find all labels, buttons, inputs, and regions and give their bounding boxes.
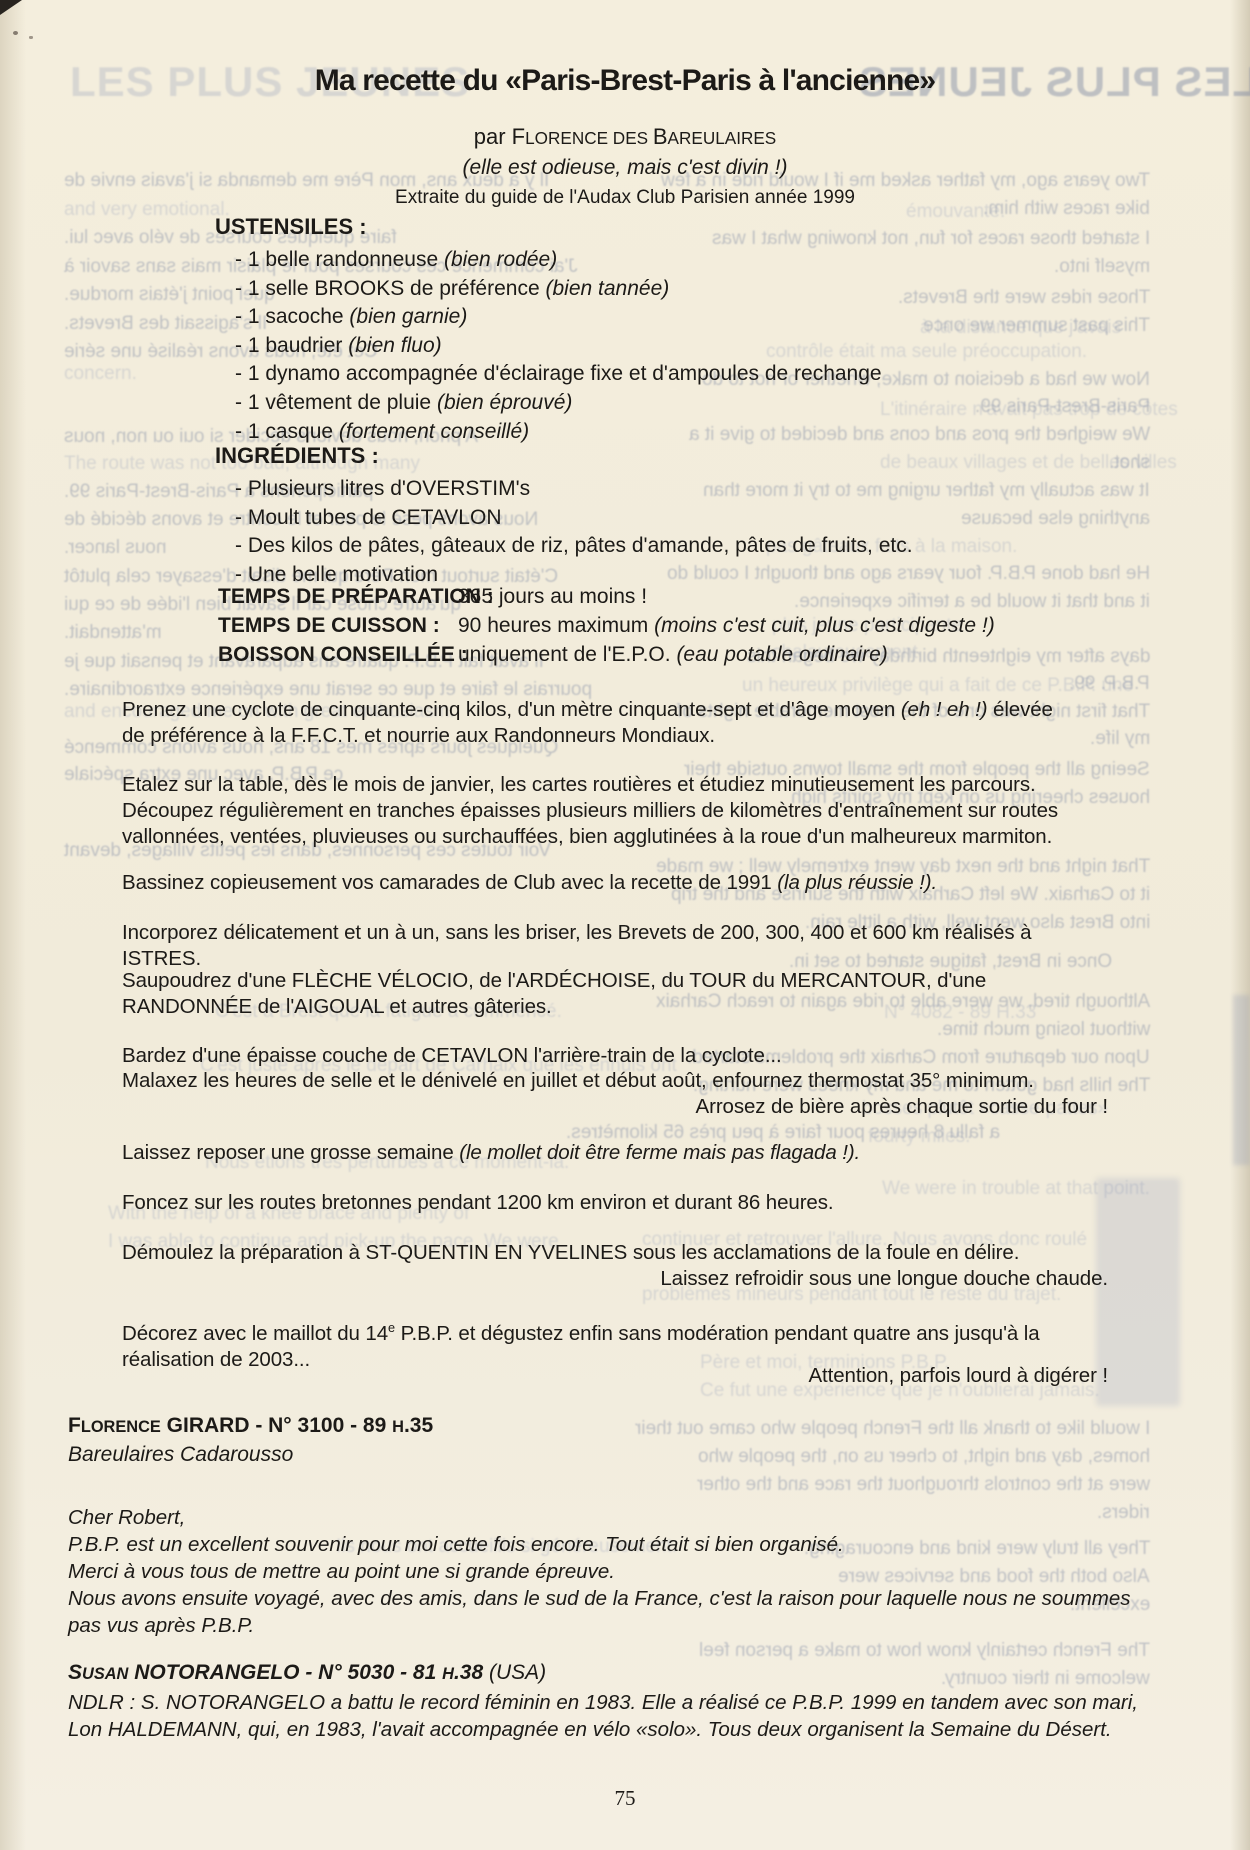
text-segment: (bien fluo): [348, 334, 441, 357]
text-segment: h: [392, 1418, 404, 1436]
text-segment: Lon HALDEMANN, qui, en 1983, l'avait acc…: [68, 1718, 1112, 1741]
text-segment: Découpez régulièrement en tranches épais…: [122, 799, 1058, 822]
text-segment: (moins c'est cuit, plus c'est digeste !): [654, 614, 995, 637]
ghost-line: m'attendait.: [64, 622, 162, 644]
text-segment: - 1 selle BROOKS de préférence: [235, 277, 545, 300]
text-segment: RANDONNÉE de l'AIGOUAL et autres gâterie…: [122, 995, 552, 1018]
text-segment: (bien éprouvé): [437, 391, 572, 414]
ghost-line: I would like to thank all the French peo…: [635, 1418, 1150, 1440]
text-segment: Arrosez de bière après chaque sortie du …: [696, 1095, 1108, 1118]
ghost-line: concern.: [64, 363, 137, 385]
text-segment: - 1 dynamo accompagnée d'éclairage fixe …: [235, 362, 882, 385]
article-source-note: Extraite du guide de l'Audax Club Parisi…: [0, 187, 1250, 209]
text-segment: élevée: [987, 698, 1052, 721]
text-segment: - 1 baudrier: [235, 334, 348, 357]
ghost-line: nous lancer.: [64, 537, 166, 559]
text-segment: F: [68, 1414, 81, 1437]
recipe-paragraph: Foncez sur les routes bretonnes pendant …: [122, 1190, 1114, 1216]
text-segment: par F: [474, 124, 525, 149]
text-segment: Laissez reposer une grosse semaine: [122, 1141, 459, 1164]
text-line: - 1 sacoche (bien garnie): [235, 303, 882, 332]
text-line: Saupoudrez d'une FLÈCHE VÉLOCIO, de l'AR…: [122, 968, 1114, 994]
text-line: - 1 vêtement de pluie (bien éprouvé): [235, 389, 882, 418]
recipe-paragraph: Laissez reposer une grosse semaine (le m…: [122, 1140, 1114, 1166]
text-segment: Prenez une cyclote de cinquante-cinq kil…: [122, 698, 901, 721]
page-number: 75: [0, 1786, 1250, 1811]
ghost-line: Those rides were the Brevets.: [898, 287, 1150, 309]
text-line: Démoulez la préparation à ST-QUENTIN EN …: [122, 1240, 1114, 1266]
recipe-paragraph: Etalez sur la table, dès le mois de janv…: [122, 772, 1114, 850]
text-segment: (bien tannée): [545, 277, 669, 300]
letter-to-robert: Cher Robert,P.B.P. est un excellent souv…: [68, 1504, 1131, 1639]
text-segment: e: [388, 1320, 395, 1335]
text-segment: uniquement de l'E.P.O.: [458, 643, 676, 666]
recipe-paragraph: Malaxez les heures de selle et le dénive…: [122, 1068, 1114, 1120]
recipe-paragraph: Attention, parfois lourd à digérer !: [122, 1363, 1114, 1389]
text-segment: Bareulaires Cadarousso: [68, 1443, 293, 1466]
ghost-line: anything else because: [961, 508, 1150, 530]
page-edge-shading: [1233, 995, 1250, 1165]
text-segment: P.B.P. est un excellent souvenir pour mo…: [68, 1533, 844, 1556]
text-segment: (le mollet doit être ferme mais pas flag…: [459, 1141, 860, 1164]
text-segment: (bien rodée): [444, 248, 557, 271]
text-segment: GIRARD - N° 3100 - 89: [161, 1414, 392, 1437]
text-segment: B: [653, 124, 668, 149]
text-line: - 1 casque (fortement conseillé): [235, 418, 882, 447]
text-segment: Attention, parfois lourd à digérer !: [808, 1364, 1108, 1387]
text-segment: Laissez refroidir sous une longue douche…: [660, 1267, 1108, 1290]
text-segment: .38: [454, 1661, 483, 1684]
dust-speck: [29, 36, 33, 39]
text-line: Arrosez de bière après chaque sortie du …: [122, 1094, 1114, 1120]
text-line: - Moult tubes de CETAVLON: [235, 504, 913, 533]
ghost-line: myself into.: [1054, 256, 1150, 278]
text-segment: Décorez avec le maillot du 14: [122, 1322, 388, 1345]
spec-row: TEMPS DE PRÉPARATION :365 jours au moins…: [218, 582, 995, 611]
text-segment: pas vus après P.B.P.: [68, 1614, 254, 1637]
recipe-paragraph: Bassinez copieusement vos camarades de C…: [122, 870, 1114, 896]
text-line: Découpez régulièrement en tranches épais…: [122, 798, 1114, 824]
spec-label: TEMPS DE CUISSON :: [218, 611, 458, 640]
text-line: vallonnées, ventées, pluvieuses ou surch…: [122, 824, 1114, 850]
spec-value: uniquement de l'E.P.O. (eau potable ordi…: [458, 640, 888, 669]
text-segment: Malaxez les heures de selle et le dénive…: [122, 1069, 1034, 1092]
ingredients-section: INGRÉDIENTS : - Plusieurs litres d'OVERS…: [215, 443, 913, 589]
text-segment: ISTRES.: [122, 947, 201, 970]
ghost-line: The French certainly know how to make a …: [699, 1640, 1150, 1662]
text-segment: (eau potable ordinaire): [676, 643, 887, 666]
text-segment: usan: [82, 1665, 128, 1683]
text-line: - Plusieurs litres d'OVERSTIM's: [235, 475, 913, 504]
text-line: de préférence à la F.F.C.T. et nourrie a…: [122, 723, 1114, 749]
ustensiles-heading: USTENSILES :: [215, 214, 882, 240]
text-line: - 1 belle randonneuse (bien rodée): [235, 246, 882, 275]
text-segment: lorence des: [525, 128, 653, 148]
dust-speck: [13, 31, 18, 35]
scanned-page: LES PLUS JEUNESLES PLUS JEUNESIl y a deu…: [0, 0, 1250, 1850]
text-segment: (elle est odieuse, mais c'est divin !): [463, 156, 788, 179]
recipe-paragraph: Prenez une cyclote de cinquante-cinq kil…: [122, 697, 1114, 749]
text-segment: Incorporez délicatement et un à un, sans…: [122, 921, 1031, 944]
article-byline: par Florence des Bareulaires: [0, 124, 1250, 150]
ingredients-list: - Plusieurs litres d'OVERSTIM's- Moult t…: [215, 475, 913, 589]
text-segment: Démoulez la préparation à ST-QUENTIN EN …: [122, 1241, 1019, 1264]
text-segment: - 1 casque: [235, 420, 339, 443]
text-segment: NDLR : S. NOTORANGELO a battu le record …: [68, 1691, 1138, 1714]
signature-name: Florence GIRARD - N° 3100 - 89 h.35: [68, 1412, 433, 1441]
text-line: RANDONNÉE de l'AIGOUAL et autres gâterie…: [122, 994, 1114, 1020]
ndlr-note: NDLR : S. NOTORANGELO a battu le record …: [68, 1689, 1138, 1743]
spec-value: 90 heures maximum (moins c'est cuit, plu…: [458, 611, 995, 640]
text-segment: 365 jours au moins !: [458, 585, 647, 608]
text-line: Merci à vous tous de mettre au point une…: [68, 1558, 1131, 1585]
text-line: Nous avons ensuite voyagé, avec des amis…: [68, 1585, 1131, 1612]
text-segment: Foncez sur les routes bretonnes pendant …: [122, 1191, 833, 1214]
text-line: - Des kilos de pâtes, gâteaux de riz, pâ…: [235, 532, 913, 561]
text-segment: de préférence à la F.F.C.T. et nourrie a…: [122, 724, 715, 747]
ghost-line: un heureux privilège qui a fait de ce P.…: [742, 675, 1133, 697]
text-segment: Bardez d'une épaisse couche de CETAVLON …: [122, 1044, 782, 1067]
text-line: Attention, parfois lourd à digérer !: [122, 1363, 1114, 1389]
text-line: Lon HALDEMANN, qui, en 1983, l'avait acc…: [68, 1716, 1138, 1743]
article-subtitle: (elle est odieuse, mais c'est divin !): [0, 156, 1250, 180]
text-segment: - Moult tubes de CETAVLON: [235, 506, 502, 529]
ghost-line: à la distance que j'avais: [920, 317, 1121, 339]
prep-specs: TEMPS DE PRÉPARATION :365 jours au moins…: [218, 582, 995, 669]
text-line: Incorporez délicatement et un à un, sans…: [122, 920, 1114, 946]
spec-label: TEMPS DE PRÉPARATION :: [218, 582, 458, 611]
ghost-line: Paris-Brest-Paris 99.: [975, 396, 1150, 418]
recipe-paragraph: Saupoudrez d'une FLÈCHE VÉLOCIO, de l'AR…: [122, 968, 1114, 1020]
ustensiles-list: - 1 belle randonneuse (bien rodée)- 1 se…: [215, 246, 882, 446]
text-line: Prenez une cyclote de cinquante-cinq kil…: [122, 697, 1114, 723]
text-segment: (fortement conseillé): [339, 420, 529, 443]
text-segment: .35: [404, 1414, 433, 1437]
signature-club: Bareulaires Cadarousso: [68, 1441, 433, 1469]
text-segment: Bassinez copieusement vos camarades de C…: [122, 871, 777, 894]
text-line: Foncez sur les routes bretonnes pendant …: [122, 1190, 1114, 1216]
text-line: Laissez refroidir sous une longue douche…: [122, 1266, 1114, 1292]
spec-row: TEMPS DE CUISSON :90 heures maximum (moi…: [218, 611, 995, 640]
text-line: Décorez avec le maillot du 14e P.B.P. et…: [122, 1315, 1114, 1347]
text-segment: h: [442, 1665, 454, 1683]
text-segment: Etalez sur la table, dès le mois de janv…: [122, 773, 1036, 796]
text-segment: Saupoudrez d'une FLÈCHE VÉLOCIO, de l'AR…: [122, 969, 986, 992]
text-line: Etalez sur la table, dès le mois de janv…: [122, 772, 1114, 798]
text-segment: Merci à vous tous de mettre au point une…: [68, 1560, 615, 1583]
text-line: Laissez reposer une grosse semaine (le m…: [122, 1140, 1114, 1166]
text-segment: (USA): [483, 1661, 546, 1684]
text-line: pas vus après P.B.P.: [68, 1612, 1131, 1639]
text-segment: S: [68, 1661, 82, 1684]
ghost-line: homes, day and night, to cheer us on, th…: [698, 1446, 1150, 1468]
text-line: Bardez d'une épaisse couche de CETAVLON …: [122, 1043, 1114, 1069]
text-line: P.B.P. est un excellent souvenir pour mo…: [68, 1531, 1131, 1558]
recipe-paragraph: Bardez d'une épaisse couche de CETAVLON …: [122, 1043, 1114, 1069]
text-segment: - 1 belle randonneuse: [235, 248, 444, 271]
text-line: NDLR : S. NOTORANGELO a battu le record …: [68, 1689, 1138, 1716]
text-segment: 90 heures maximum: [458, 614, 654, 637]
ghost-line: were at the controls throughout the race…: [697, 1474, 1150, 1496]
text-segment: areulaires: [668, 128, 777, 148]
recipe-paragraph: Démoulez la préparation à ST-QUENTIN EN …: [122, 1240, 1114, 1292]
text-segment: P.B.P. et dégustez enfin sans modération…: [395, 1322, 1040, 1345]
ustensiles-section: USTENSILES : - 1 belle randonneuse (bien…: [215, 214, 882, 446]
spec-value: 365 jours au moins !: [458, 582, 647, 611]
text-segment: (bien garnie): [349, 305, 467, 328]
text-segment: - Des kilos de pâtes, gâteaux de riz, pâ…: [235, 534, 913, 557]
text-segment: lorence: [81, 1418, 161, 1436]
signature-susan-notorangelo: Susan NOTORANGELO - N° 5030 - 81 h.38 (U…: [68, 1661, 546, 1685]
text-line: - 1 baudrier (bien fluo): [235, 332, 882, 361]
text-line: Malaxez les heures de selle et le dénive…: [122, 1068, 1114, 1094]
text-line: Cher Robert,: [68, 1504, 1131, 1531]
spec-label: BOISSON CONSEILLÉE :: [218, 640, 458, 669]
text-segment: Nous avons ensuite voyagé, avec des amis…: [68, 1587, 1131, 1610]
text-segment: Cher Robert,: [68, 1506, 185, 1529]
text-segment: NOTORANGELO - N° 5030 - 81: [128, 1661, 442, 1684]
text-line: - 1 selle BROOKS de préférence (bien tan…: [235, 275, 882, 304]
spec-row: BOISSON CONSEILLÉE :uniquement de l'E.P.…: [218, 640, 995, 669]
ghost-line: de beaux villages et de belles villes: [880, 452, 1177, 474]
text-segment: - Plusieurs litres d'OVERSTIM's: [235, 477, 530, 500]
text-segment: vallonnées, ventées, pluvieuses ou surch…: [122, 825, 1052, 848]
ingredients-heading: INGRÉDIENTS :: [215, 443, 913, 469]
ghost-line: welcome in their country.: [941, 1668, 1150, 1690]
text-segment: - 1 sacoche: [235, 305, 349, 328]
recipe-paragraph: Incorporez délicatement et un à un, sans…: [122, 920, 1114, 972]
text-line: - 1 dynamo accompagnée d'éclairage fixe …: [235, 360, 882, 389]
signature-florence-girard: Florence GIRARD - N° 3100 - 89 h.35 Bare…: [68, 1412, 433, 1469]
article-title: Ma recette du «Paris-Brest-Paris à l'anc…: [0, 64, 1250, 98]
text-segment: (eh ! eh !): [901, 698, 988, 721]
text-segment: - 1 vêtement de pluie: [235, 391, 437, 414]
text-segment: (la plus réussie !).: [777, 871, 937, 894]
text-line: Bassinez copieusement vos camarades de C…: [122, 870, 1114, 896]
